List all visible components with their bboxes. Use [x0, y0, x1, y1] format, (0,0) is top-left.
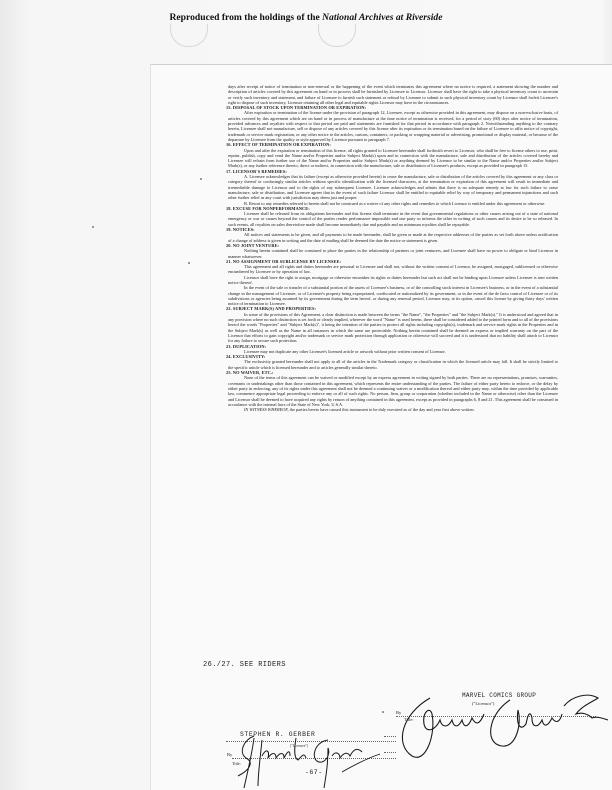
- scan-speck: [382, 711, 384, 713]
- licensee-signature: [232, 730, 382, 790]
- section-paragraph: Licensee shall be released from its obli…: [228, 211, 558, 227]
- witness-lead: IN WITNESS WHEREOF,: [244, 407, 289, 412]
- archive-header: Reproduced from the holdings of the Nati…: [0, 12, 612, 23]
- section-paragraph: The exclusivity granted hereunder shall …: [228, 359, 558, 370]
- section-paragraph: Upon and after the expiration or termina…: [228, 148, 558, 169]
- section-paragraph: days after receipt of notice of terminat…: [228, 84, 558, 105]
- section-paragraph: In the event of the sale or transfer of …: [228, 285, 558, 306]
- licensor-dotted-line: [384, 736, 396, 737]
- section-paragraph: A. Licensee acknowledges that its failur…: [228, 174, 558, 200]
- section-paragraph: Nothing herein contained shall be constr…: [228, 248, 558, 259]
- archive-name: National Archives at Riverside: [322, 12, 442, 23]
- section-paragraph: After expiration or termination of the l…: [228, 110, 558, 142]
- archive-header-prefix: Reproduced from the holdings of the: [170, 12, 323, 23]
- section-paragraph: All notices and statements to be given, …: [228, 232, 558, 243]
- licensor-signature: [392, 684, 612, 764]
- section-paragraph: IN WITNESS WHEREOF, the parties hereto h…: [228, 407, 558, 412]
- section-paragraph: This agreement and all rights and duties…: [228, 264, 558, 275]
- section-paragraph: Licensor shall have the right to assign,…: [228, 275, 558, 286]
- page-number: -67-: [305, 769, 323, 776]
- scan-speck: [92, 226, 94, 228]
- scan-speck: [188, 262, 190, 264]
- riders-note: 26./27. SEE RIDERS: [203, 661, 286, 669]
- section-paragraph: None of the terms of this agreement can …: [228, 375, 558, 407]
- licensor-dotted-line: [384, 752, 396, 753]
- agreement-body: days after receipt of notice of terminat…: [228, 84, 558, 412]
- scan-speck: [200, 178, 202, 180]
- section-paragraph: In some of the provisions of this Agreem…: [228, 312, 558, 344]
